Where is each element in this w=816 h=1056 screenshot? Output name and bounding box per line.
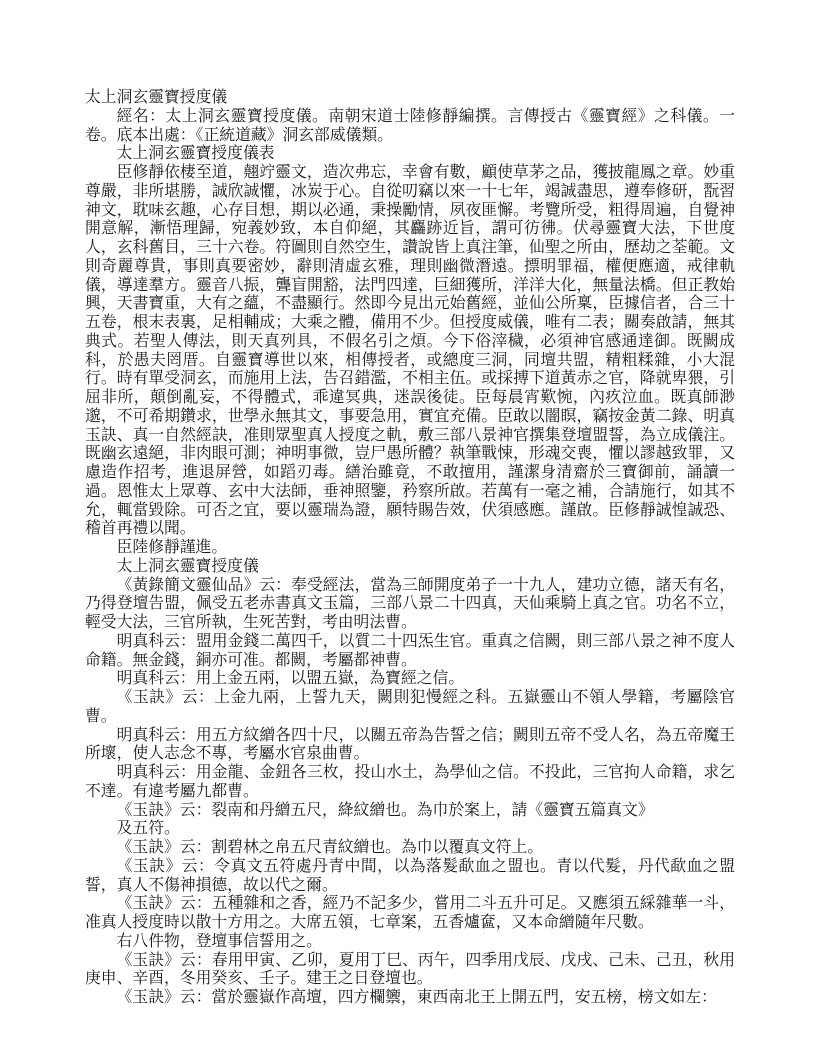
- para-mingzhenke-1: 明真科云：盟用金錢二萬四千，以質二十四炁生官。重真之信闕，則三部八景之神不度人命…: [85, 633, 735, 671]
- para-yujue-7: 《玉訣》云：當於靈嶽作高壇，四方欄籞，東西南北王上開五門，安五榜，榜文如左：: [85, 989, 735, 1008]
- memorial-title: 太上洞玄靈寶授度儀表: [85, 145, 735, 164]
- memorial-body: 臣修靜依棲至道，翹竚靈文，造次弗忘，幸會有數，顧使草茅之品，獲披龍鳳之章。妙重尊…: [85, 164, 735, 539]
- para-yujue-2: 《玉訣》云：裂南和丹繒五尺，絳紋繒也。為巾於案上，請《靈寶五篇真文》: [85, 802, 735, 821]
- document-title: 太上洞玄靈寶授度儀: [85, 89, 735, 108]
- para-eight-items: 右八件物，登壇事信誓用之。: [85, 933, 735, 952]
- section-title: 太上洞玄靈寶授度儀: [85, 558, 735, 577]
- para-mingzhenke-4: 明真科云：用金龍、金鈕各三枚，投山水土，為學仙之信。不投此，三官拘人命籍，求乞不…: [85, 764, 735, 802]
- para-mingzhenke-2: 明真科云：用上金五兩，以盟五嶽，為寶經之信。: [85, 670, 735, 689]
- para-yujue-5: 《玉訣》云：五種雜和之香，經乃不記多少，嘗用二斗五升可足。又應須五綵雜華一斗，准…: [85, 895, 735, 933]
- para-mingzhenke-3: 明真科云：用五方紋繒各四十尺，以關五帝為告誓之信；闕則五帝不受人名，為五帝魔王所…: [85, 727, 735, 765]
- submission-line: 臣陸修靜謹進。: [85, 539, 735, 558]
- para-yujue-1: 《玉訣》云：上金九兩，上誓九天，闕則犯慢經之科。五嶽靈山不領人學籍，考屬陰官曹。: [85, 689, 735, 727]
- document-text: 太上洞玄靈寶授度儀 經名：太上洞玄靈寶授度儀。南朝宋道士陸修靜編撰。言傳授古《靈…: [85, 89, 735, 1008]
- para-huanglu-jianwen: 《黃錄簡文靈仙品》云：奉受經法，當為三師開度弟子一十九人，建功立德，諸天有名，乃…: [85, 577, 735, 633]
- para-yujue-2-continuation: 及五符。: [85, 820, 735, 839]
- document-page: 太上洞玄靈寶授度儀 經名：太上洞玄靈寶授度儀。南朝宋道士陸修靜編撰。言傳授古《靈…: [0, 0, 816, 1056]
- para-yujue-4: 《玉訣》云：令真文五符處丹青中間，以為落髮歃血之盟也。青以代髮，丹代歃血之盟誓，…: [85, 858, 735, 896]
- para-yujue-3: 《玉訣》云：割碧林之帛五尺青紋繒也。為巾以覆真文符上。: [85, 839, 735, 858]
- para-yujue-6: 《玉訣》云：春用甲寅、乙卯，夏用丁巳、丙午，四季用戊辰、戊戌、己未、己丑，秋用庚…: [85, 952, 735, 990]
- colophon-line: 經名：太上洞玄靈寶授度儀。南朝宋道士陸修靜編撰。言傳授古《靈寶經》之科儀。一卷。…: [85, 108, 735, 146]
